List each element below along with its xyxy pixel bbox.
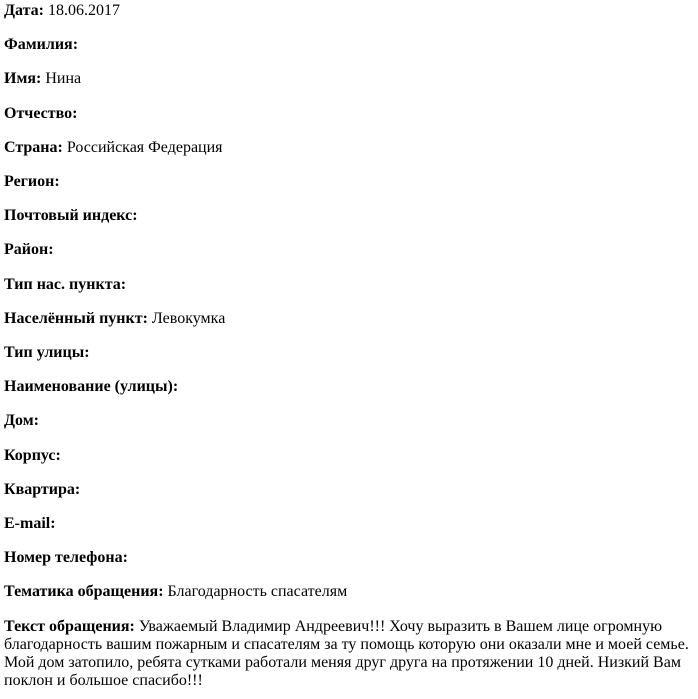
field-value: Левокумка — [152, 310, 225, 327]
field-label: E-mail: — [4, 515, 56, 532]
field-label: Номер телефона: — [4, 549, 128, 566]
field-row: Фамилия: — [4, 36, 694, 54]
field-label: Район: — [4, 241, 54, 258]
field-row: Имя: Нина — [4, 70, 694, 88]
field-label: Регион: — [4, 173, 60, 190]
field-label: Имя: — [4, 70, 41, 87]
field-row: Тип улицы: — [4, 344, 694, 362]
field-row: E-mail: — [4, 515, 694, 533]
field-row: Наименование (улицы): — [4, 378, 694, 396]
field-label: Отчество: — [4, 105, 77, 122]
field-row: Квартира: — [4, 481, 694, 499]
field-label: Тип улицы: — [4, 344, 90, 361]
field-row: Номер телефона: — [4, 549, 694, 567]
field-list: Дата: 18.06.2017Фамилия: Имя: НинаОтчест… — [4, 2, 694, 602]
appeal-record: Дата: 18.06.2017Фамилия: Имя: НинаОтчест… — [0, 2, 698, 690]
field-label: Тип нас. пункта: — [4, 276, 126, 293]
field-value: Российская Федерация — [67, 139, 223, 156]
field-row: Дата: 18.06.2017 — [4, 2, 694, 20]
field-row: Дом: — [4, 412, 694, 430]
field-row: Населённый пункт: Левокумка — [4, 310, 694, 328]
field-value: Нина — [45, 70, 81, 87]
field-label: Населённый пункт: — [4, 310, 148, 327]
field-label: Квартира: — [4, 481, 80, 498]
field-message: Текст обращения: Уважаемый Владимир Андр… — [4, 618, 694, 691]
field-value: 18.06.2017 — [48, 2, 120, 19]
field-row: Отчество: — [4, 105, 694, 123]
field-row: Тип нас. пункта: — [4, 276, 694, 294]
field-label: Текст обращения: — [4, 618, 135, 635]
field-label: Корпус: — [4, 447, 61, 464]
field-label: Тематика обращения: — [4, 583, 164, 600]
field-row: Район: — [4, 241, 694, 259]
field-row: Регион: — [4, 173, 694, 191]
field-value: Благодарность спасателям — [168, 583, 348, 600]
field-row: Почтовый индекс: — [4, 207, 694, 225]
field-label: Наименование (улицы): — [4, 378, 178, 395]
field-label: Фамилия: — [4, 36, 78, 53]
field-label: Почтовый индекс: — [4, 207, 138, 224]
field-label: Дом: — [4, 412, 39, 429]
field-label: Страна: — [4, 139, 63, 156]
field-row: Страна: Российская Федерация — [4, 139, 694, 157]
field-label: Дата: — [4, 2, 44, 19]
field-row: Корпус: — [4, 447, 694, 465]
field-row: Тематика обращения: Благодарность спасат… — [4, 583, 694, 601]
